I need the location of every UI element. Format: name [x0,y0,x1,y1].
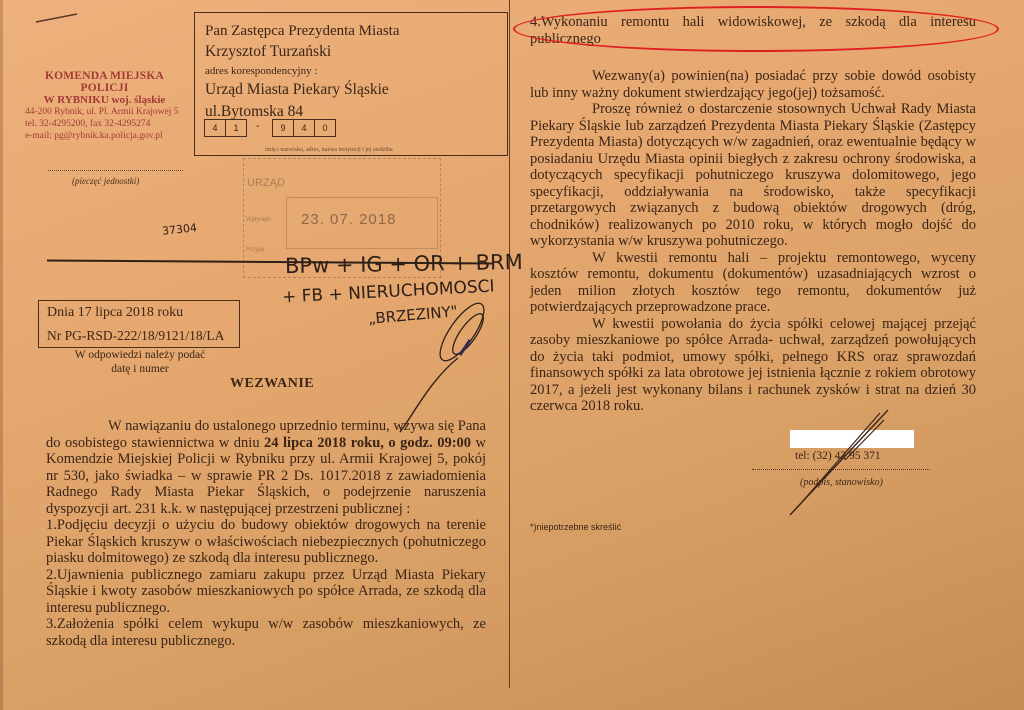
list-item-2: 2.Ujawnienia publicznego zamiaru zakupu … [46,567,486,617]
stamp-line-3: 44-200 Rybnik, ul. Pl. Armii Krajowej 5 [25,106,187,118]
postal-code-part-a: 4 1 [205,119,247,137]
reply-note-line-2: datę i numer [40,362,240,376]
appointment-datetime: 24 lipca 2018 roku, o godz. 09:00 [264,435,471,451]
postal-digit: 9 [272,119,294,137]
redacted-name [790,430,914,448]
list-item-3: 3.Założenia spółki celem wykupu w/w zaso… [46,616,486,649]
phone-number: tel: (32) 42 95 371 [795,450,881,462]
reply-note-line-1: W odpowiedzi należy podać [40,348,240,362]
received-date: 23. 07. 2018 [301,211,396,228]
company-paragraph: W kwestii powołania do życia spółki celo… [530,316,976,415]
handwritten-routing-1: BPw + IG + OR + BRM [285,250,523,278]
received-office: URZĄD [247,177,285,189]
handwritten-routing-2: + FB + NIERUCHOMOSCI [282,276,495,307]
list-item-1: 1.Podjęciu decyzji o użyciu do budowy ob… [46,517,486,567]
summons-body-left: W nawiązaniu do ustalonego uprzednio ter… [46,418,486,649]
signature-caption: (podpis, stanowisko) [800,477,883,488]
postal-dash: - [256,121,259,132]
postal-digit: 4 [293,119,315,137]
page-divider [509,0,510,688]
signature-dotted-line [752,469,930,470]
intro-paragraph: W nawiązaniu do ustalonego uprzednio ter… [46,418,486,517]
hall-paragraph: W kwestii remontu hali – projektu remont… [530,250,976,316]
handwritten-routing-3: „BRZEZINY" [367,302,458,328]
page-edge [0,0,3,710]
summons-body-right: Wezwany(a) powinien(na) posiadać przy so… [530,68,976,415]
documents-paragraph: Proszę również o dostarczenie stosownych… [530,101,976,250]
received-label: Wpłynęło [246,217,271,223]
police-stamp: KOMENDA MIEJSKA POLICJI W RYBNIKU woj. ś… [22,70,187,142]
stamp-line-5: e-mail: pg@rybnik.ka.policja.gov.pl [25,130,187,142]
id-paragraph: Wezwany(a) powinien(na) posiadać przy so… [530,68,976,101]
stamp-line-4: tel. 32-4295200, fax 32-4295274 [25,118,187,130]
accepted-label: Przyjął [246,247,264,253]
recipient-title: Pan Zastępca Prezydenta Miasta [205,23,400,40]
footnote: *)niepotrzebne skreślić [530,522,621,532]
address-caption: imię i nazwisko, adres, nazwa instytucji… [265,147,393,153]
stamp-line-1: KOMENDA MIEJSKA POLICJI [22,70,187,94]
postal-digit: 0 [314,119,336,137]
recipient-institution: Urząd Miasta Piekary Śląskie [205,81,389,99]
red-highlight-ellipse [513,6,999,52]
document-title: WEZWANIE [230,376,314,392]
correspondence-label: adres korespondencyjny : [205,65,317,77]
stamp-dotted-line [48,170,183,171]
date-reference-box: Dnia 17 lipca 2018 roku Nr PG-RSD-222/18… [38,300,240,348]
postal-code-part-b: 9 4 0 [273,119,336,137]
stamp-line-2: W RYBNIKU woj. śląskie [22,94,187,106]
recipient-name: Krzysztof Turzański [205,43,331,61]
received-number: 37304 [161,221,197,238]
postal-digit: 4 [204,119,226,137]
reply-note: W odpowiedzi należy podać datę i numer [40,348,240,376]
document-date: Dnia 17 lipca 2018 roku [47,305,183,321]
stamp-caption: (pieczęć jednostki) [72,176,139,186]
postal-digit: 1 [225,119,247,137]
reference-number: Nr PG-RSD-222/18/9121/18/LA [47,328,224,344]
recipient-address-box: Pan Zastępca Prezydenta Miasta Krzysztof… [194,12,508,156]
